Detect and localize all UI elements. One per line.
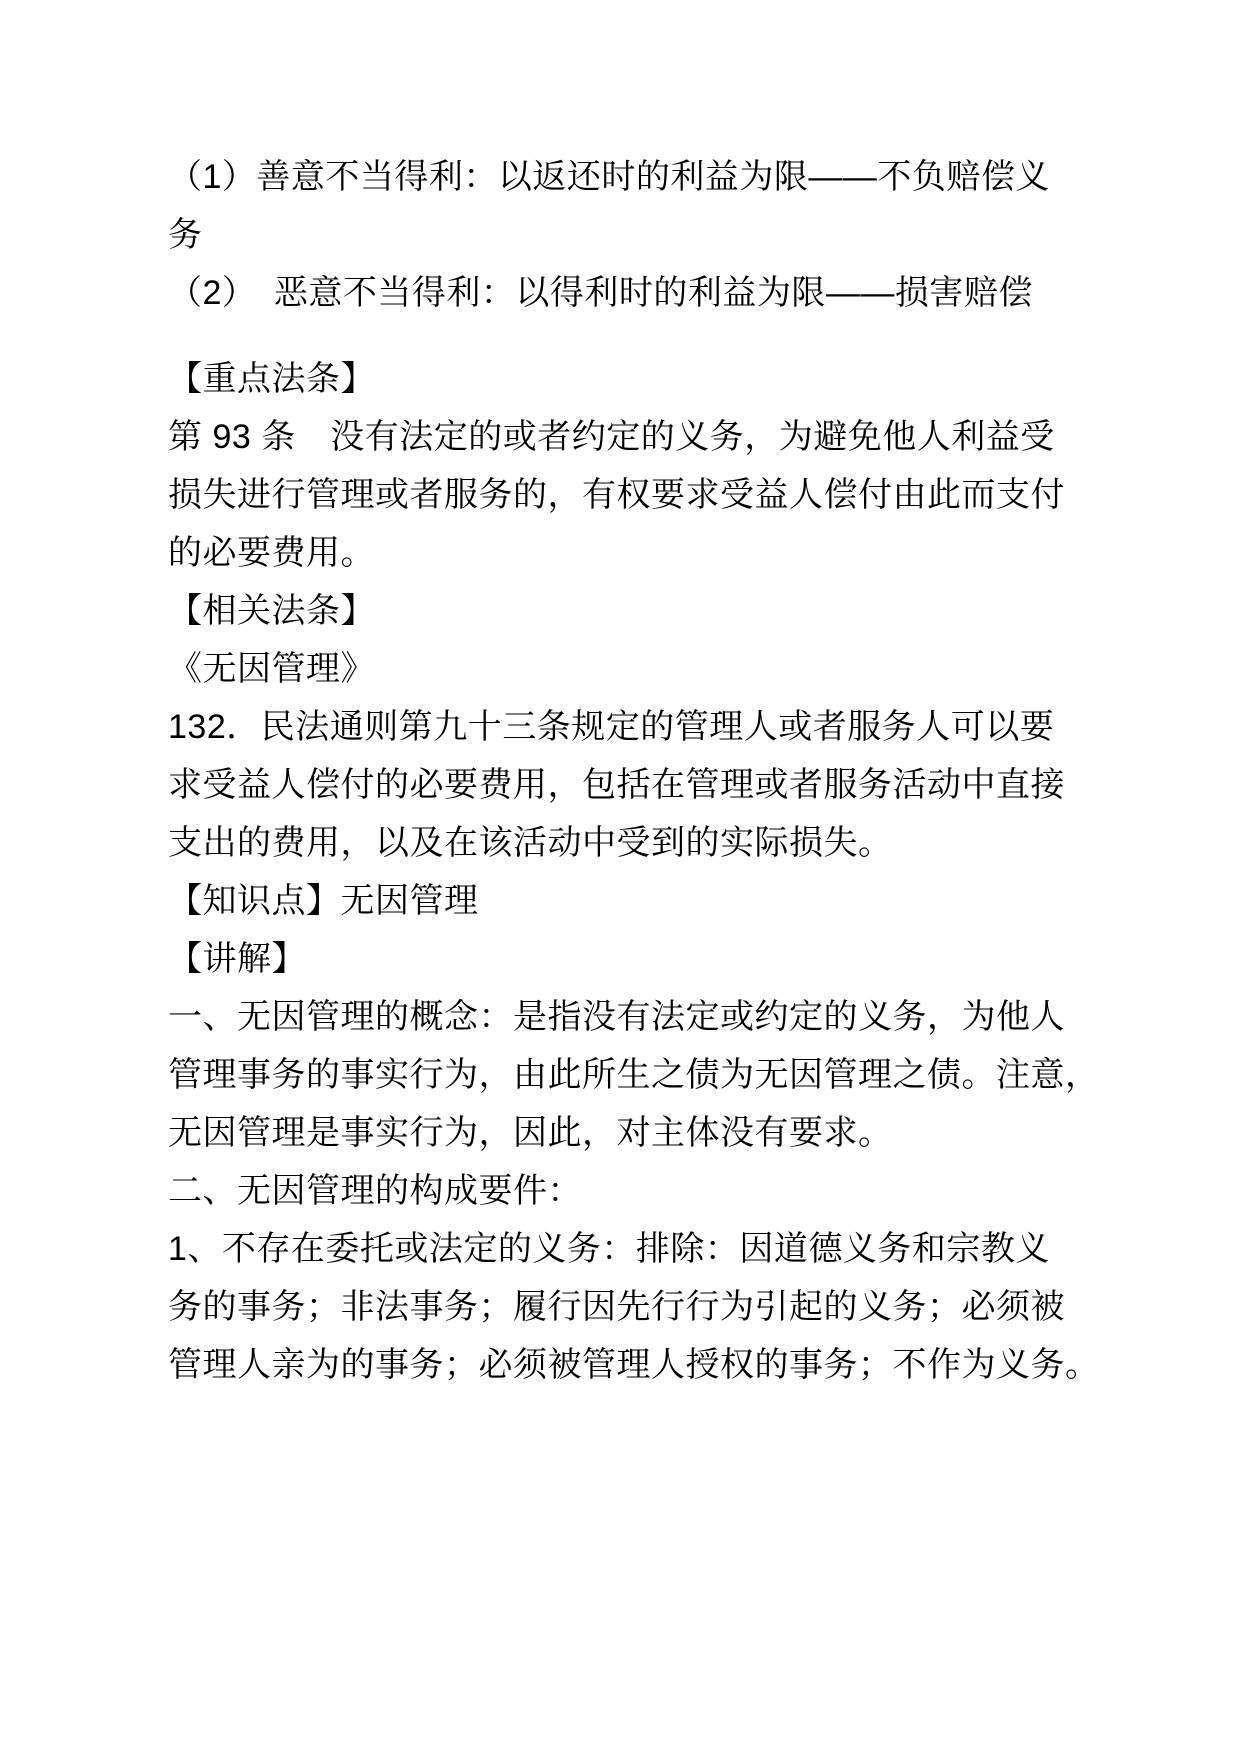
- text-line: 【重点法条】: [168, 350, 1091, 408]
- paragraph: 【重点法条】: [168, 350, 1091, 408]
- paragraph: 【讲解】: [168, 930, 1091, 988]
- paragraph: 1、不存在委托或法定的义务：排除：因道德义务和宗教义务的事务；非法事务；履行因先…: [168, 1220, 1091, 1394]
- text-line: （2） 恶意不当得利：以得利时的利益为限——损害赔偿: [168, 264, 1091, 322]
- text-line: 《无因管理》: [168, 640, 1091, 698]
- text-line: 的必要费用。: [168, 524, 1091, 582]
- paragraph: 第 93 条 没有法定的或者约定的义务，为避免他人利益受损失进行管理或者服务的，…: [168, 408, 1091, 582]
- paragraph: 【知识点】无因管理: [168, 872, 1091, 930]
- paragraph: 【相关法条】: [168, 582, 1091, 640]
- text-line: （1）善意不当得利：以返还时的利益为限——不负赔偿义: [168, 148, 1091, 206]
- paragraph: 《无因管理》: [168, 640, 1091, 698]
- text-line: 务的事务；非法事务；履行因先行行为引起的义务；必须被: [168, 1278, 1091, 1336]
- text-line: 务: [168, 206, 1091, 264]
- paragraph: 132．民法通则第九十三条规定的管理人或者服务人可以要求受益人偿付的必要费用，包…: [168, 698, 1091, 872]
- text-line: 【知识点】无因管理: [168, 872, 1091, 930]
- text-line: 管理事务的事实行为，由此所生之债为无因管理之债。注意，: [168, 1046, 1091, 1104]
- paragraph: 二、无因管理的构成要件：: [168, 1162, 1091, 1220]
- text-line: 二、无因管理的构成要件：: [168, 1162, 1091, 1220]
- paragraph: 一、无因管理的概念：是指没有法定或约定的义务，为他人管理事务的事实行为，由此所生…: [168, 988, 1091, 1162]
- text-line: 1、不存在委托或法定的义务：排除：因道德义务和宗教义: [168, 1220, 1091, 1278]
- text-line: 【相关法条】: [168, 582, 1091, 640]
- text-line: 求受益人偿付的必要费用，包括在管理或者服务活动中直接: [168, 756, 1091, 814]
- text-line: 第 93 条 没有法定的或者约定的义务，为避免他人利益受: [168, 408, 1091, 466]
- paragraph: （2） 恶意不当得利：以得利时的利益为限——损害赔偿: [168, 264, 1091, 322]
- text-line: 损失进行管理或者服务的，有权要求受益人偿付由此而支付: [168, 466, 1091, 524]
- text-line: 132．民法通则第九十三条规定的管理人或者服务人可以要: [168, 698, 1091, 756]
- text-line: 管理人亲为的事务；必须被管理人授权的事务；不作为义务。: [168, 1336, 1091, 1394]
- document-content: （1）善意不当得利：以返还时的利益为限——不负赔偿义务（2） 恶意不当得利：以得…: [0, 0, 1241, 1394]
- document-page: （1）善意不当得利：以返还时的利益为限——不负赔偿义务（2） 恶意不当得利：以得…: [0, 0, 1241, 1754]
- text-line: 一、无因管理的概念：是指没有法定或约定的义务，为他人: [168, 988, 1091, 1046]
- text-line: 无因管理是事实行为，因此，对主体没有要求。: [168, 1104, 1091, 1162]
- paragraph: （1）善意不当得利：以返还时的利益为限——不负赔偿义务: [168, 148, 1091, 264]
- text-line: 【讲解】: [168, 930, 1091, 988]
- text-line: 支出的费用，以及在该活动中受到的实际损失。: [168, 814, 1091, 872]
